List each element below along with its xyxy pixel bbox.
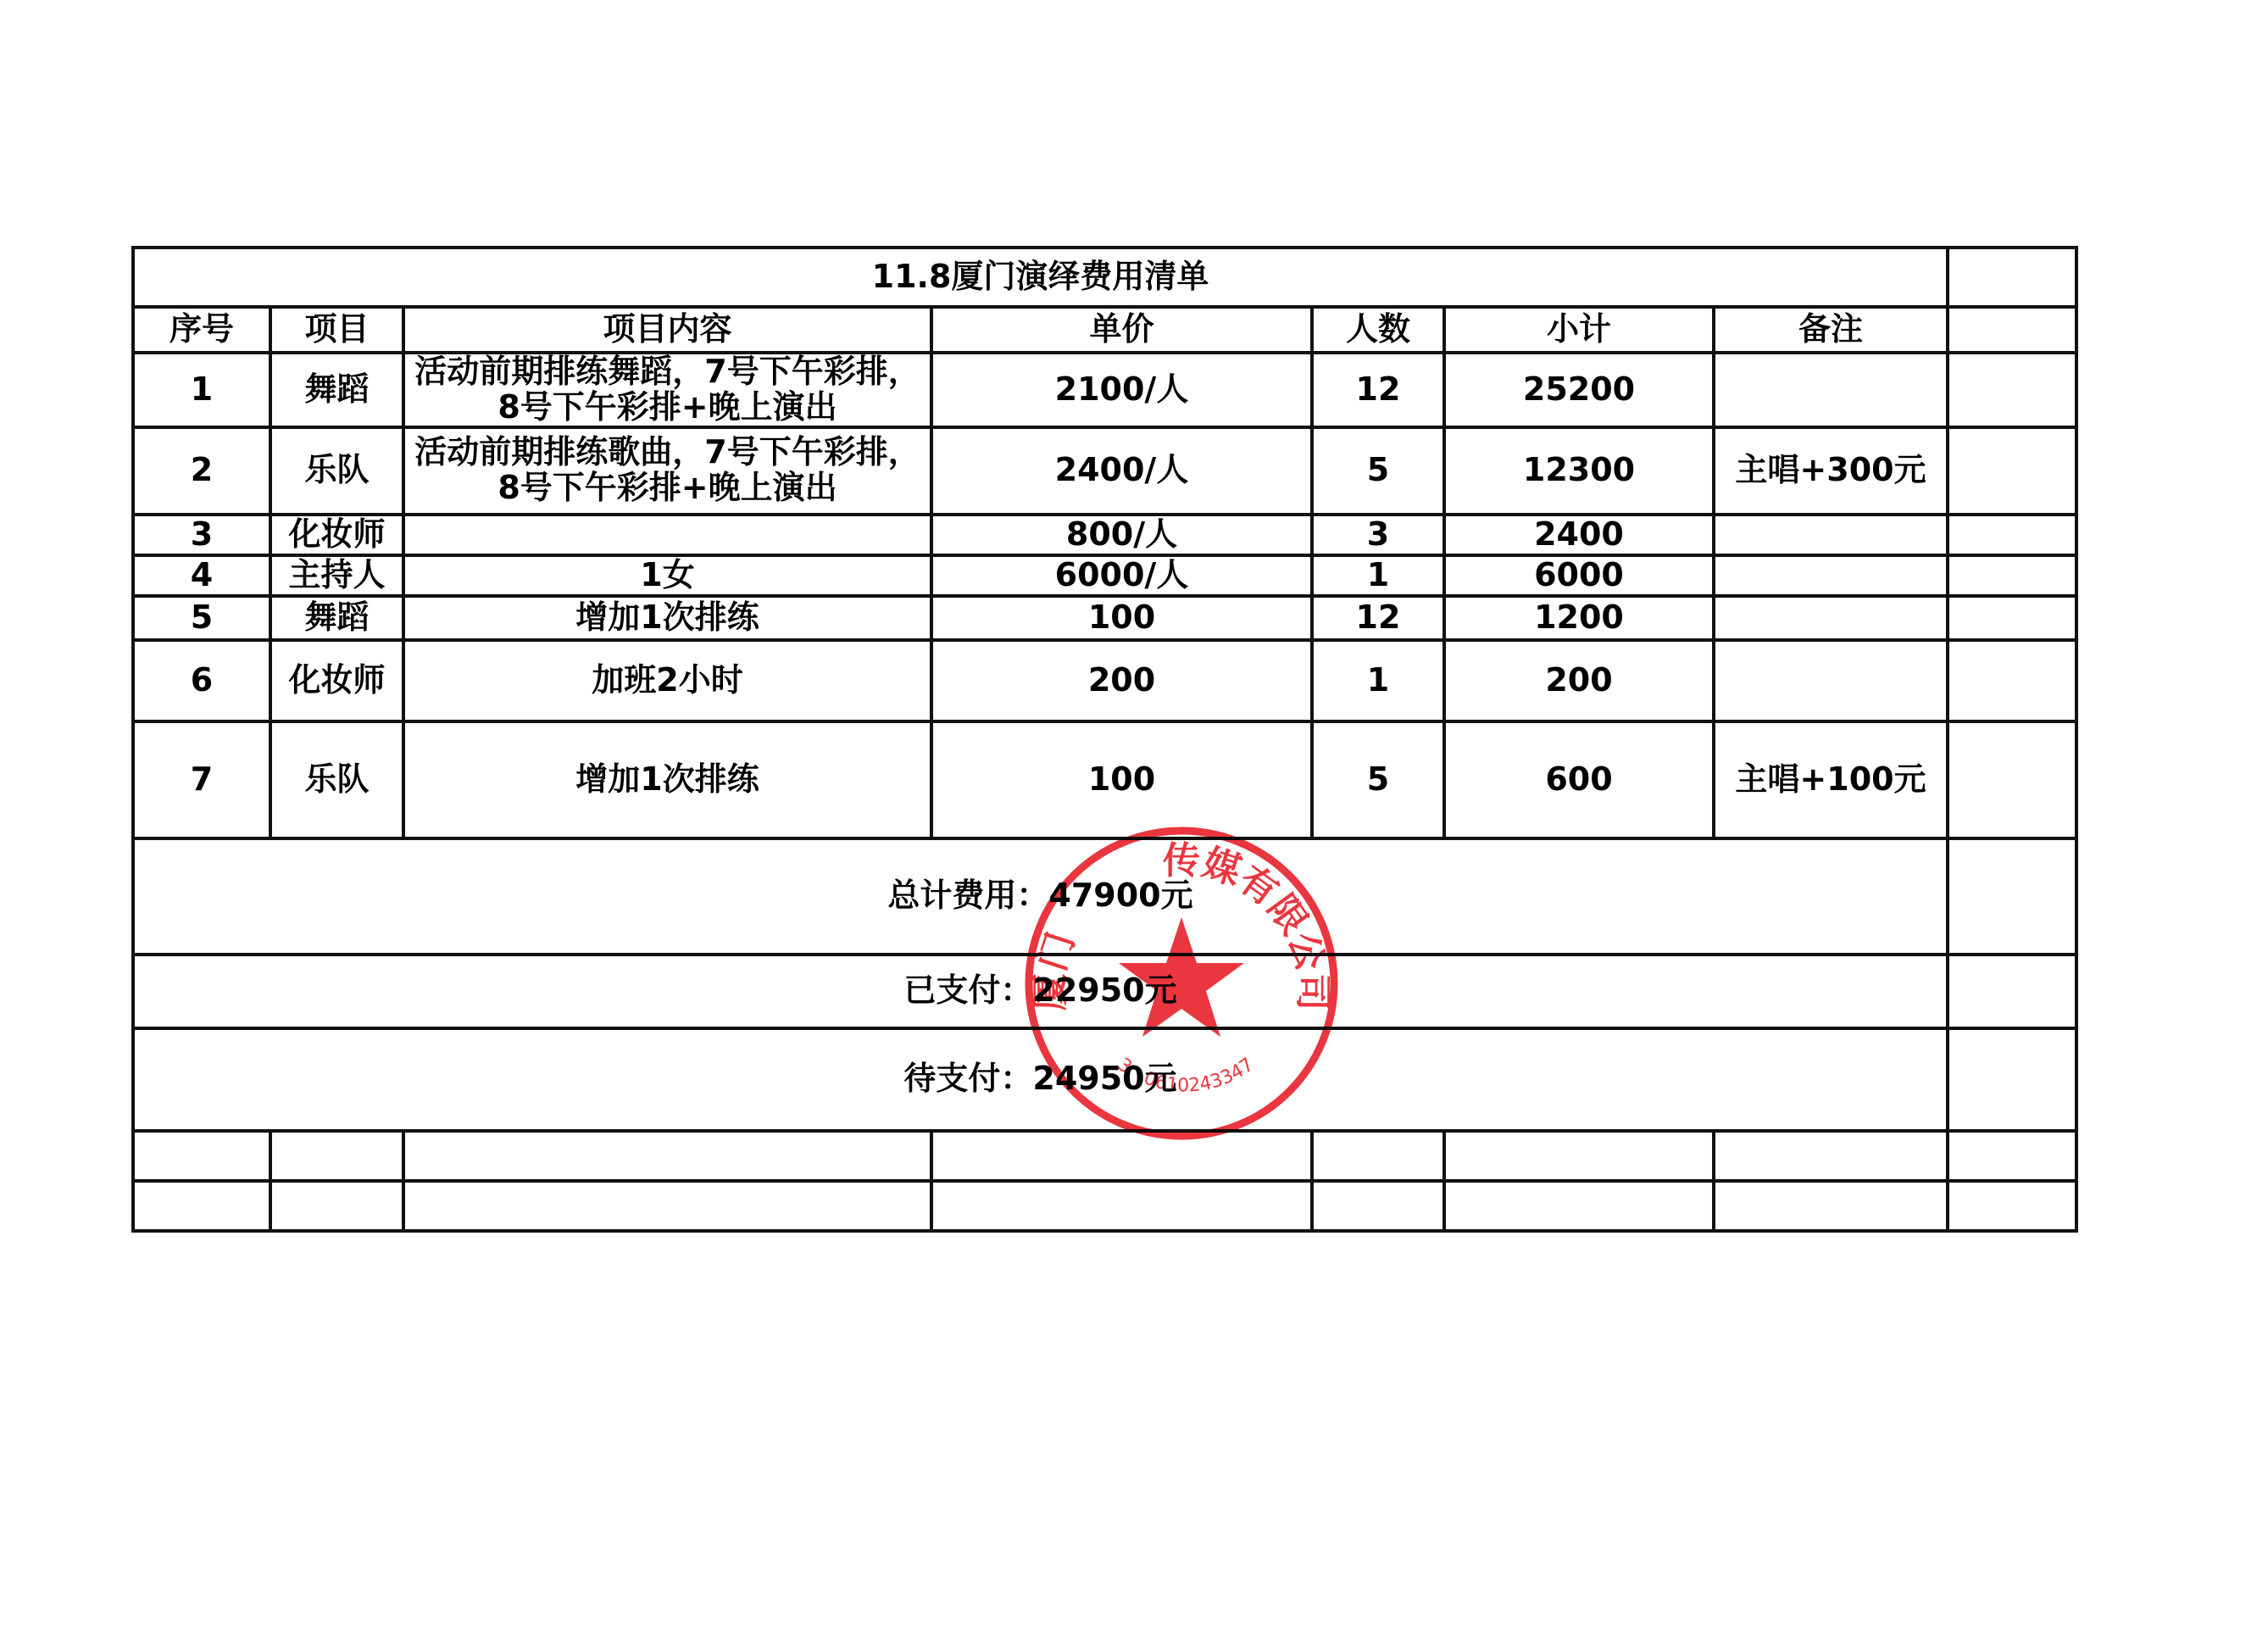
row-remark: 主唱+300元 (1714, 427, 1948, 515)
row-unit-price: 800/人 (931, 515, 1312, 555)
row-unit-price: 6000/人 (931, 555, 1312, 596)
row-content: 活动前期排练歌曲，7号下午彩排，8号下午彩排+晚上演出 (403, 427, 931, 515)
table-row: 6 化妆师 加班2小时 200 1 200 (133, 640, 2076, 721)
empty-cell (1714, 1131, 1948, 1181)
empty-cell (1948, 1131, 2076, 1181)
row-unit-price: 2100/人 (931, 353, 1312, 427)
empty-cell (931, 1131, 1312, 1181)
header-row: 序号 项目 项目内容 单价 人数 小计 备注 (133, 307, 2076, 353)
row-count: 12 (1312, 596, 1444, 640)
row-remark (1714, 555, 1948, 596)
row-content: 1女 (403, 555, 931, 596)
row-subtotal: 12300 (1444, 427, 1714, 515)
row-content: 增加1次排练 (403, 596, 931, 640)
row-subtotal: 6000 (1444, 555, 1714, 596)
empty-cell (1948, 248, 2076, 307)
row-subtotal: 200 (1444, 640, 1714, 721)
row-unit-price: 2400/人 (931, 427, 1312, 515)
column-header-unit-price: 单价 (931, 307, 1312, 353)
row-subtotal: 1200 (1444, 596, 1714, 640)
total-cost: 总计费用：47900元 (133, 838, 1948, 955)
row-subtotal: 25200 (1444, 353, 1714, 427)
fee-list-table: 11.8厦门演绎费用清单 序号 项目 项目内容 单价 人数 小计 备注 1 舞蹈… (131, 246, 2078, 1233)
document-title: 11.8厦门演绎费用清单 (133, 248, 1948, 307)
row-count: 3 (1312, 515, 1444, 555)
paid-amount: 已支付：22950元 (133, 955, 1948, 1028)
empty-cell (1948, 640, 2076, 721)
empty-cell (403, 1131, 931, 1181)
row-count: 1 (1312, 555, 1444, 596)
row-content: 增加1次排练 (403, 721, 931, 838)
total-value: 47900元 (1048, 878, 1192, 914)
total-label: 总计费用： (887, 878, 1048, 914)
paid-label: 已支付： (903, 973, 1032, 1009)
empty-cell (1444, 1131, 1714, 1181)
empty-cell (133, 1131, 270, 1181)
row-count: 12 (1312, 353, 1444, 427)
table-row: 7 乐队 增加1次排练 100 5 600 主唱+100元 (133, 721, 2076, 838)
scanned-page: 11.8厦门演绎费用清单 序号 项目 项目内容 单价 人数 小计 备注 1 舞蹈… (0, 0, 2268, 1648)
empty-cell (403, 1181, 931, 1231)
pending-amount: 待支付：24950元 (133, 1028, 1948, 1131)
row-subtotal: 600 (1444, 721, 1714, 838)
table-row: 2 乐队 活动前期排练歌曲，7号下午彩排，8号下午彩排+晚上演出 2400/人 … (133, 427, 2076, 515)
empty-cell (931, 1181, 1312, 1231)
empty-cell (1312, 1181, 1444, 1231)
row-no: 4 (133, 555, 270, 596)
row-no: 1 (133, 353, 270, 427)
row-item: 舞蹈 (270, 596, 403, 640)
empty-cell (1948, 721, 2076, 838)
column-header-content: 项目内容 (403, 307, 931, 353)
row-unit-price: 200 (931, 640, 1312, 721)
row-no: 2 (133, 427, 270, 515)
empty-cell (1444, 1181, 1714, 1231)
column-header-remark: 备注 (1714, 307, 1948, 353)
row-no: 3 (133, 515, 270, 555)
empty-cell (1948, 555, 2076, 596)
paid-value: 22950元 (1032, 973, 1176, 1009)
column-header-item: 项目 (270, 307, 403, 353)
empty-cell (1948, 596, 2076, 640)
row-item: 舞蹈 (270, 353, 403, 427)
row-unit-price: 100 (931, 721, 1312, 838)
row-content (403, 515, 931, 555)
row-item: 乐队 (270, 427, 403, 515)
empty-cell (270, 1181, 403, 1231)
empty-cell (1948, 515, 2076, 555)
empty-cell (1948, 353, 2076, 427)
row-no: 5 (133, 596, 270, 640)
row-item: 化妆师 (270, 640, 403, 721)
row-remark (1714, 515, 1948, 555)
empty-cell (1948, 1181, 2076, 1231)
empty-cell (1312, 1131, 1444, 1181)
column-header-extra (1948, 307, 2076, 353)
column-header-no: 序号 (133, 307, 270, 353)
blank-row (133, 1131, 2076, 1181)
pending-label: 待支付： (903, 1061, 1032, 1097)
row-remark (1714, 640, 1948, 721)
empty-cell (133, 1181, 270, 1231)
column-header-count: 人数 (1312, 307, 1444, 353)
table-row: 1 舞蹈 活动前期排练舞蹈，7号下午彩排，8号下午彩排+晚上演出 2100/人 … (133, 353, 2076, 427)
table-row: 5 舞蹈 增加1次排练 100 12 1200 (133, 596, 2076, 640)
row-item: 主持人 (270, 555, 403, 596)
row-remark (1714, 596, 1948, 640)
table-row: 3 化妆师 800/人 3 2400 (133, 515, 2076, 555)
total-row: 总计费用：47900元 (133, 838, 2076, 955)
row-item: 化妆师 (270, 515, 403, 555)
row-item: 乐队 (270, 721, 403, 838)
row-remark: 主唱+100元 (1714, 721, 1948, 838)
empty-cell (1948, 427, 2076, 515)
row-remark (1714, 353, 1948, 427)
empty-cell (1714, 1181, 1948, 1231)
row-no: 6 (133, 640, 270, 721)
row-no: 7 (133, 721, 270, 838)
row-content: 活动前期排练舞蹈，7号下午彩排，8号下午彩排+晚上演出 (403, 353, 931, 427)
table-row: 4 主持人 1女 6000/人 1 6000 (133, 555, 2076, 596)
column-header-subtotal: 小计 (1444, 307, 1714, 353)
row-unit-price: 100 (931, 596, 1312, 640)
empty-cell (270, 1131, 403, 1181)
pending-row: 待支付：24950元 (133, 1028, 2076, 1131)
pending-value: 24950元 (1032, 1061, 1176, 1097)
row-count: 5 (1312, 427, 1444, 515)
blank-row (133, 1181, 2076, 1231)
paid-row: 已支付：22950元 (133, 955, 2076, 1028)
row-subtotal: 2400 (1444, 515, 1714, 555)
title-row: 11.8厦门演绎费用清单 (133, 248, 2076, 307)
row-count: 1 (1312, 640, 1444, 721)
empty-cell (1948, 1028, 2076, 1131)
row-count: 5 (1312, 721, 1444, 838)
row-content: 加班2小时 (403, 640, 931, 721)
empty-cell (1948, 838, 2076, 955)
empty-cell (1948, 955, 2076, 1028)
